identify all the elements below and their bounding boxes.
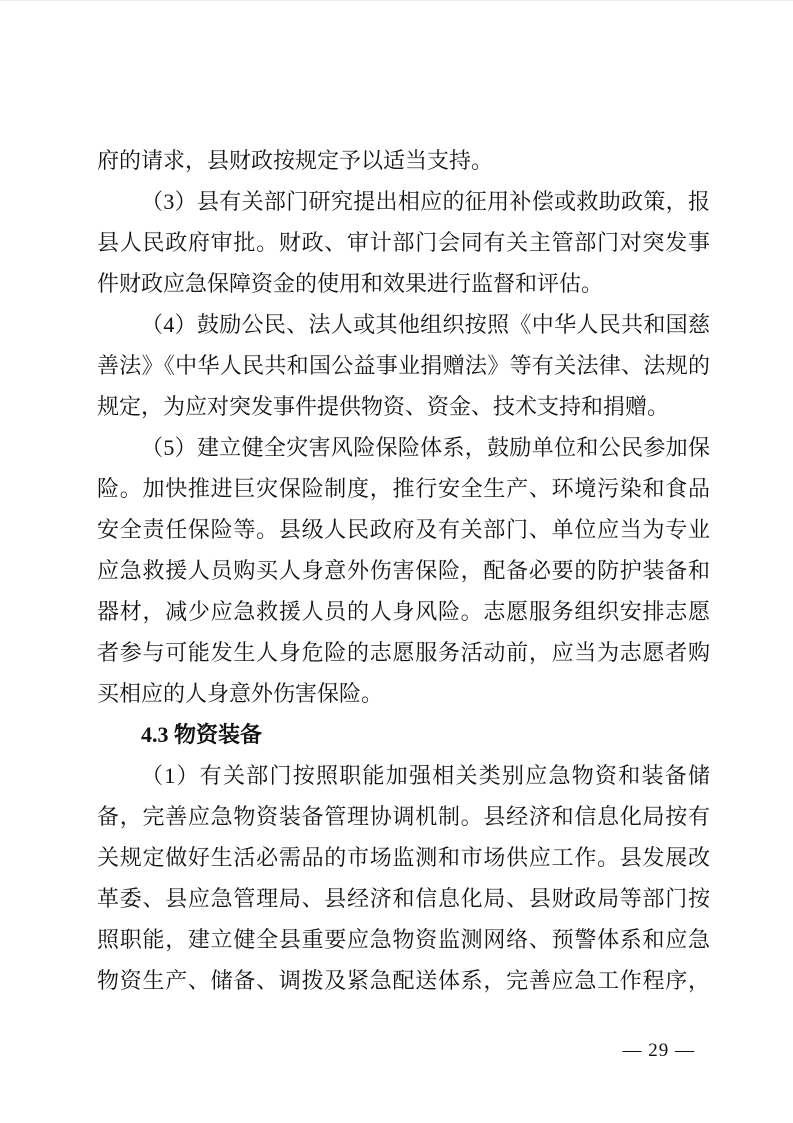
text-line: （4）鼓励公民、法人或其他组织按照《中华人民共和国慈	[97, 304, 710, 345]
text-line: （5）建立健全灾害风险保险体系，鼓励单位和公民参加保	[97, 427, 710, 468]
paragraph: （4）鼓励公民、法人或其他组织按照《中华人民共和国慈 善法》《中华人民共和国公益…	[97, 304, 710, 427]
paragraph: （5）建立健全灾害风险保险体系，鼓励单位和公民参加保 险。加快推进巨灾保险制度，…	[97, 427, 710, 714]
page-number: — 29 —	[623, 1039, 696, 1063]
text-line: 府的请求，县财政按规定予以适当支持。	[97, 140, 710, 181]
text-line: 照职能，建立健全县重要应急物资监测网络、预警体系和应急	[97, 919, 710, 960]
document-page: 府的请求，县财政按规定予以适当支持。 （3）县有关部门研究提出相应的征用补偿或救…	[0, 0, 793, 1123]
text-line: 应急救援人员购买人身意外伤害保险，配备必要的防护装备和	[97, 550, 710, 591]
paragraph: 府的请求，县财政按规定予以适当支持。	[97, 140, 710, 181]
text-line: （1）有关部门按照职能加强相关类别应急物资和装备储	[97, 755, 710, 796]
text-line: 善法》《中华人民共和国公益事业捐赠法》等有关法律、法规的	[97, 345, 710, 386]
paragraph: （1）有关部门按照职能加强相关类别应急物资和装备储 备，完善应急物资装备管理协调…	[97, 755, 710, 1001]
text-line: 县人民政府审批。财政、审计部门会同有关主管部门对突发事	[97, 222, 710, 263]
text-line: 物资生产、储备、调拨及紧急配送体系，完善应急工作程序，	[97, 960, 710, 1001]
document-body: 府的请求，县财政按规定予以适当支持。 （3）县有关部门研究提出相应的征用补偿或救…	[97, 140, 710, 1001]
text-line: 者参与可能发生人身危险的志愿服务活动前，应当为志愿者购	[97, 632, 710, 673]
text-line: 件财政应急保障资金的使用和效果进行监督和评估。	[97, 263, 710, 304]
section-heading: 4.3 物资装备	[97, 714, 710, 755]
text-line: 备，完善应急物资装备管理协调机制。县经济和信息化局按有	[97, 796, 710, 837]
text-line: 安全责任保险等。县级人民政府及有关部门、单位应当为专业	[97, 509, 710, 550]
text-line: 规定，为应对突发事件提供物资、资金、技术支持和捐赠。	[97, 386, 710, 427]
text-line: （3）县有关部门研究提出相应的征用补偿或救助政策，报	[97, 181, 710, 222]
text-line: 买相应的人身意外伤害保险。	[97, 673, 710, 714]
text-line: 关规定做好生活必需品的市场监测和市场供应工作。县发展改	[97, 837, 710, 878]
text-line: 革委、县应急管理局、县经济和信息化局、县财政局等部门按	[97, 878, 710, 919]
text-line: 器材，减少应急救援人员的人身风险。志愿服务组织安排志愿	[97, 591, 710, 632]
paragraph: （3）县有关部门研究提出相应的征用补偿或救助政策，报 县人民政府审批。财政、审计…	[97, 181, 710, 304]
text-line: 险。加快推进巨灾保险制度，推行安全生产、环境污染和食品	[97, 468, 710, 509]
